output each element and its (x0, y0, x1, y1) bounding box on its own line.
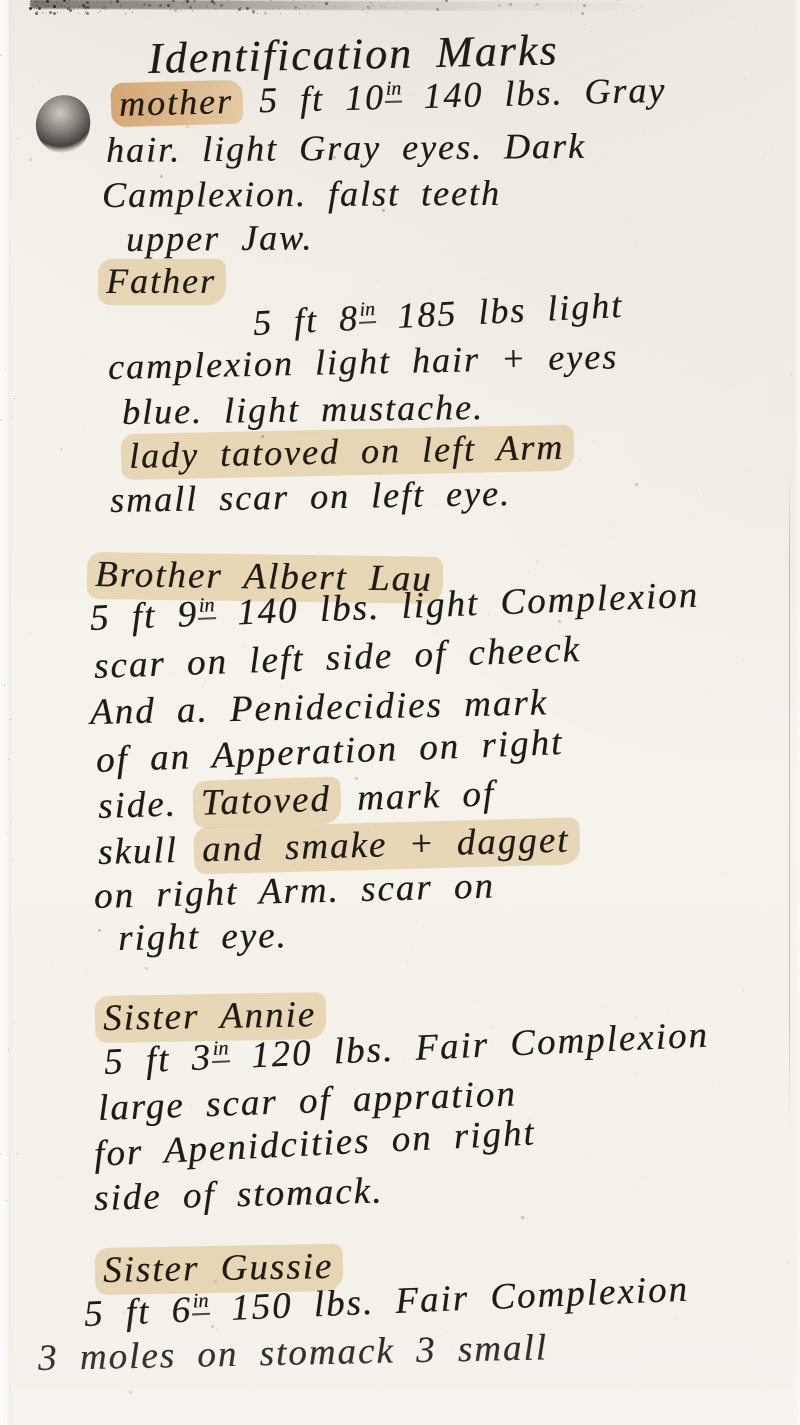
handwritten-line: on right Arm. scar on (93, 866, 495, 918)
handwritten-line: lady tatoved on left Arm (126, 427, 570, 477)
scan-streak (789, 470, 790, 1130)
text-segment: in (358, 298, 377, 324)
handwritten-line: side of stomack. (93, 1170, 383, 1219)
handwritten-line: skull and smake + dagget (97, 820, 574, 874)
handwritten-line: small scar on left eye. (110, 473, 512, 520)
text-segment: camplexion light hair + eyes (108, 336, 619, 387)
highlighted-text: Father (98, 259, 226, 305)
text-segment: 5 ft 3 (103, 1037, 213, 1083)
text-segment: in (211, 1037, 230, 1063)
text-segment: scar on left side of cheeck (93, 629, 581, 687)
text-segment: 3 moles on stomack 3 small (38, 1327, 549, 1379)
scanned-page: Identification Marksmother 5 ft 10in 140… (0, 0, 800, 1425)
handwritten-line: upper Jaw. (126, 217, 314, 259)
handwritten-line: Father (103, 261, 221, 301)
text-segment: 185 lbs light (375, 285, 624, 337)
paper-edge-right (793, 0, 800, 1425)
handwritten-line: side. Tatoved mark of (97, 774, 495, 828)
handwritten-line: Camplexion. falst teeth (102, 173, 501, 215)
text-segment: 5 ft 8 (252, 298, 360, 343)
text-segment: small scar on left eye. (110, 473, 512, 520)
highlighted-text: mother (110, 80, 243, 127)
text-segment: upper Jaw. (126, 217, 314, 259)
text-segment: side. (97, 783, 198, 827)
text-segment: blue. light mustache. (122, 387, 484, 432)
text-segment: mark of (335, 774, 496, 820)
text-segment: in (191, 1290, 210, 1316)
text-segment: 5 ft 6 (83, 1289, 193, 1334)
handwritten-line: scar on left side of cheeck (93, 629, 581, 687)
text-segment: in (384, 78, 402, 103)
handwritten-line: hair. light Gray eyes. Dark (106, 126, 586, 170)
text-segment: in (197, 594, 216, 620)
handwritten-line: 5 ft 8in 185 lbs light (252, 285, 624, 343)
highlighted-text: lady tatoved on left Arm (121, 425, 575, 480)
highlighted-text: Tatoved (192, 776, 341, 828)
handwritten-line: 3 moles on stomack 3 small (38, 1327, 549, 1379)
text-segment: Camplexion. falst teeth (102, 173, 501, 215)
paper-edge-left (0, 0, 11, 1425)
handwritten-line: right eye. (118, 915, 288, 959)
text-segment: side of stomack. (93, 1170, 383, 1219)
text-segment: hair. light Gray eyes. Dark (106, 126, 586, 170)
scanner-edge-smudge (30, 0, 650, 11)
text-segment: on right Arm. scar on (93, 866, 495, 917)
handwritten-line: blue. light mustache. (122, 387, 484, 432)
text-segment: 5 ft 9 (89, 594, 199, 639)
highlighted-text: and smake + dagget (194, 817, 580, 874)
text-segment: 5 ft 10 (237, 77, 385, 121)
handwritten-line: camplexion light hair + eyes (108, 336, 619, 387)
text-segment: right eye. (118, 915, 288, 959)
ink-blot (32, 92, 94, 157)
text-segment: 140 lbs. Gray (402, 70, 667, 117)
text-segment: skull (97, 829, 199, 873)
